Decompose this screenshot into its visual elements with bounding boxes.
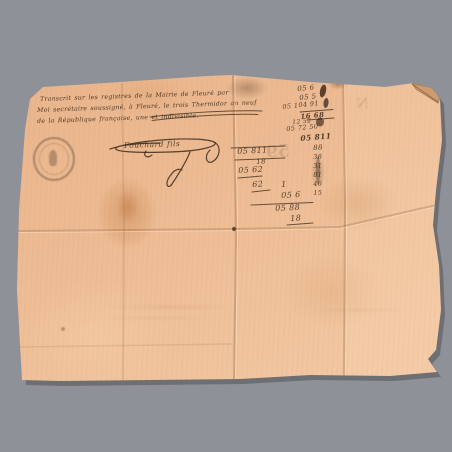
signature-text: Fouchard fils [124, 139, 181, 150]
bleedthrough-number: 59 [265, 141, 290, 162]
center-fold-hole [232, 227, 236, 231]
handwritten-figure: 05 6 [281, 190, 301, 200]
handwritten-figure: 38 [313, 153, 322, 161]
handwritten-figure: 05 88 [275, 203, 300, 213]
handwritten-figure: 62 [252, 179, 263, 189]
photo-of-old-document: Transcrit sur les registres de la Mairie… [0, 0, 452, 452]
inscription-line-3: de la République française, une et indiv… [37, 112, 199, 125]
handwritten-figure: 05 811 [237, 145, 268, 156]
dogear-corner-fold [412, 83, 440, 103]
handwritten-figure: 05 6 [297, 84, 315, 93]
handwritten-figure: 05 811 [300, 131, 332, 143]
handwritten-figure: 1 [281, 180, 287, 189]
bleedthrough-letter: N [356, 96, 370, 113]
handwritten-figure: 18 [290, 213, 301, 223]
stamp-figure-motif [49, 150, 57, 166]
handwritten-figure: 05 104 91 [282, 99, 319, 111]
handwritten-figure: 15 [313, 189, 322, 197]
handwritten-figure: 81 [313, 171, 322, 179]
handwritten-figure: 31 [313, 162, 322, 170]
circular-ink-stamp [33, 137, 75, 181]
handwritten-figure: 46 [313, 180, 322, 188]
handwritten-figure: 05 72 50 [286, 122, 319, 133]
handwritten-figure: 05 62 [238, 165, 263, 175]
handwritten-figure: 88 [313, 143, 323, 151]
